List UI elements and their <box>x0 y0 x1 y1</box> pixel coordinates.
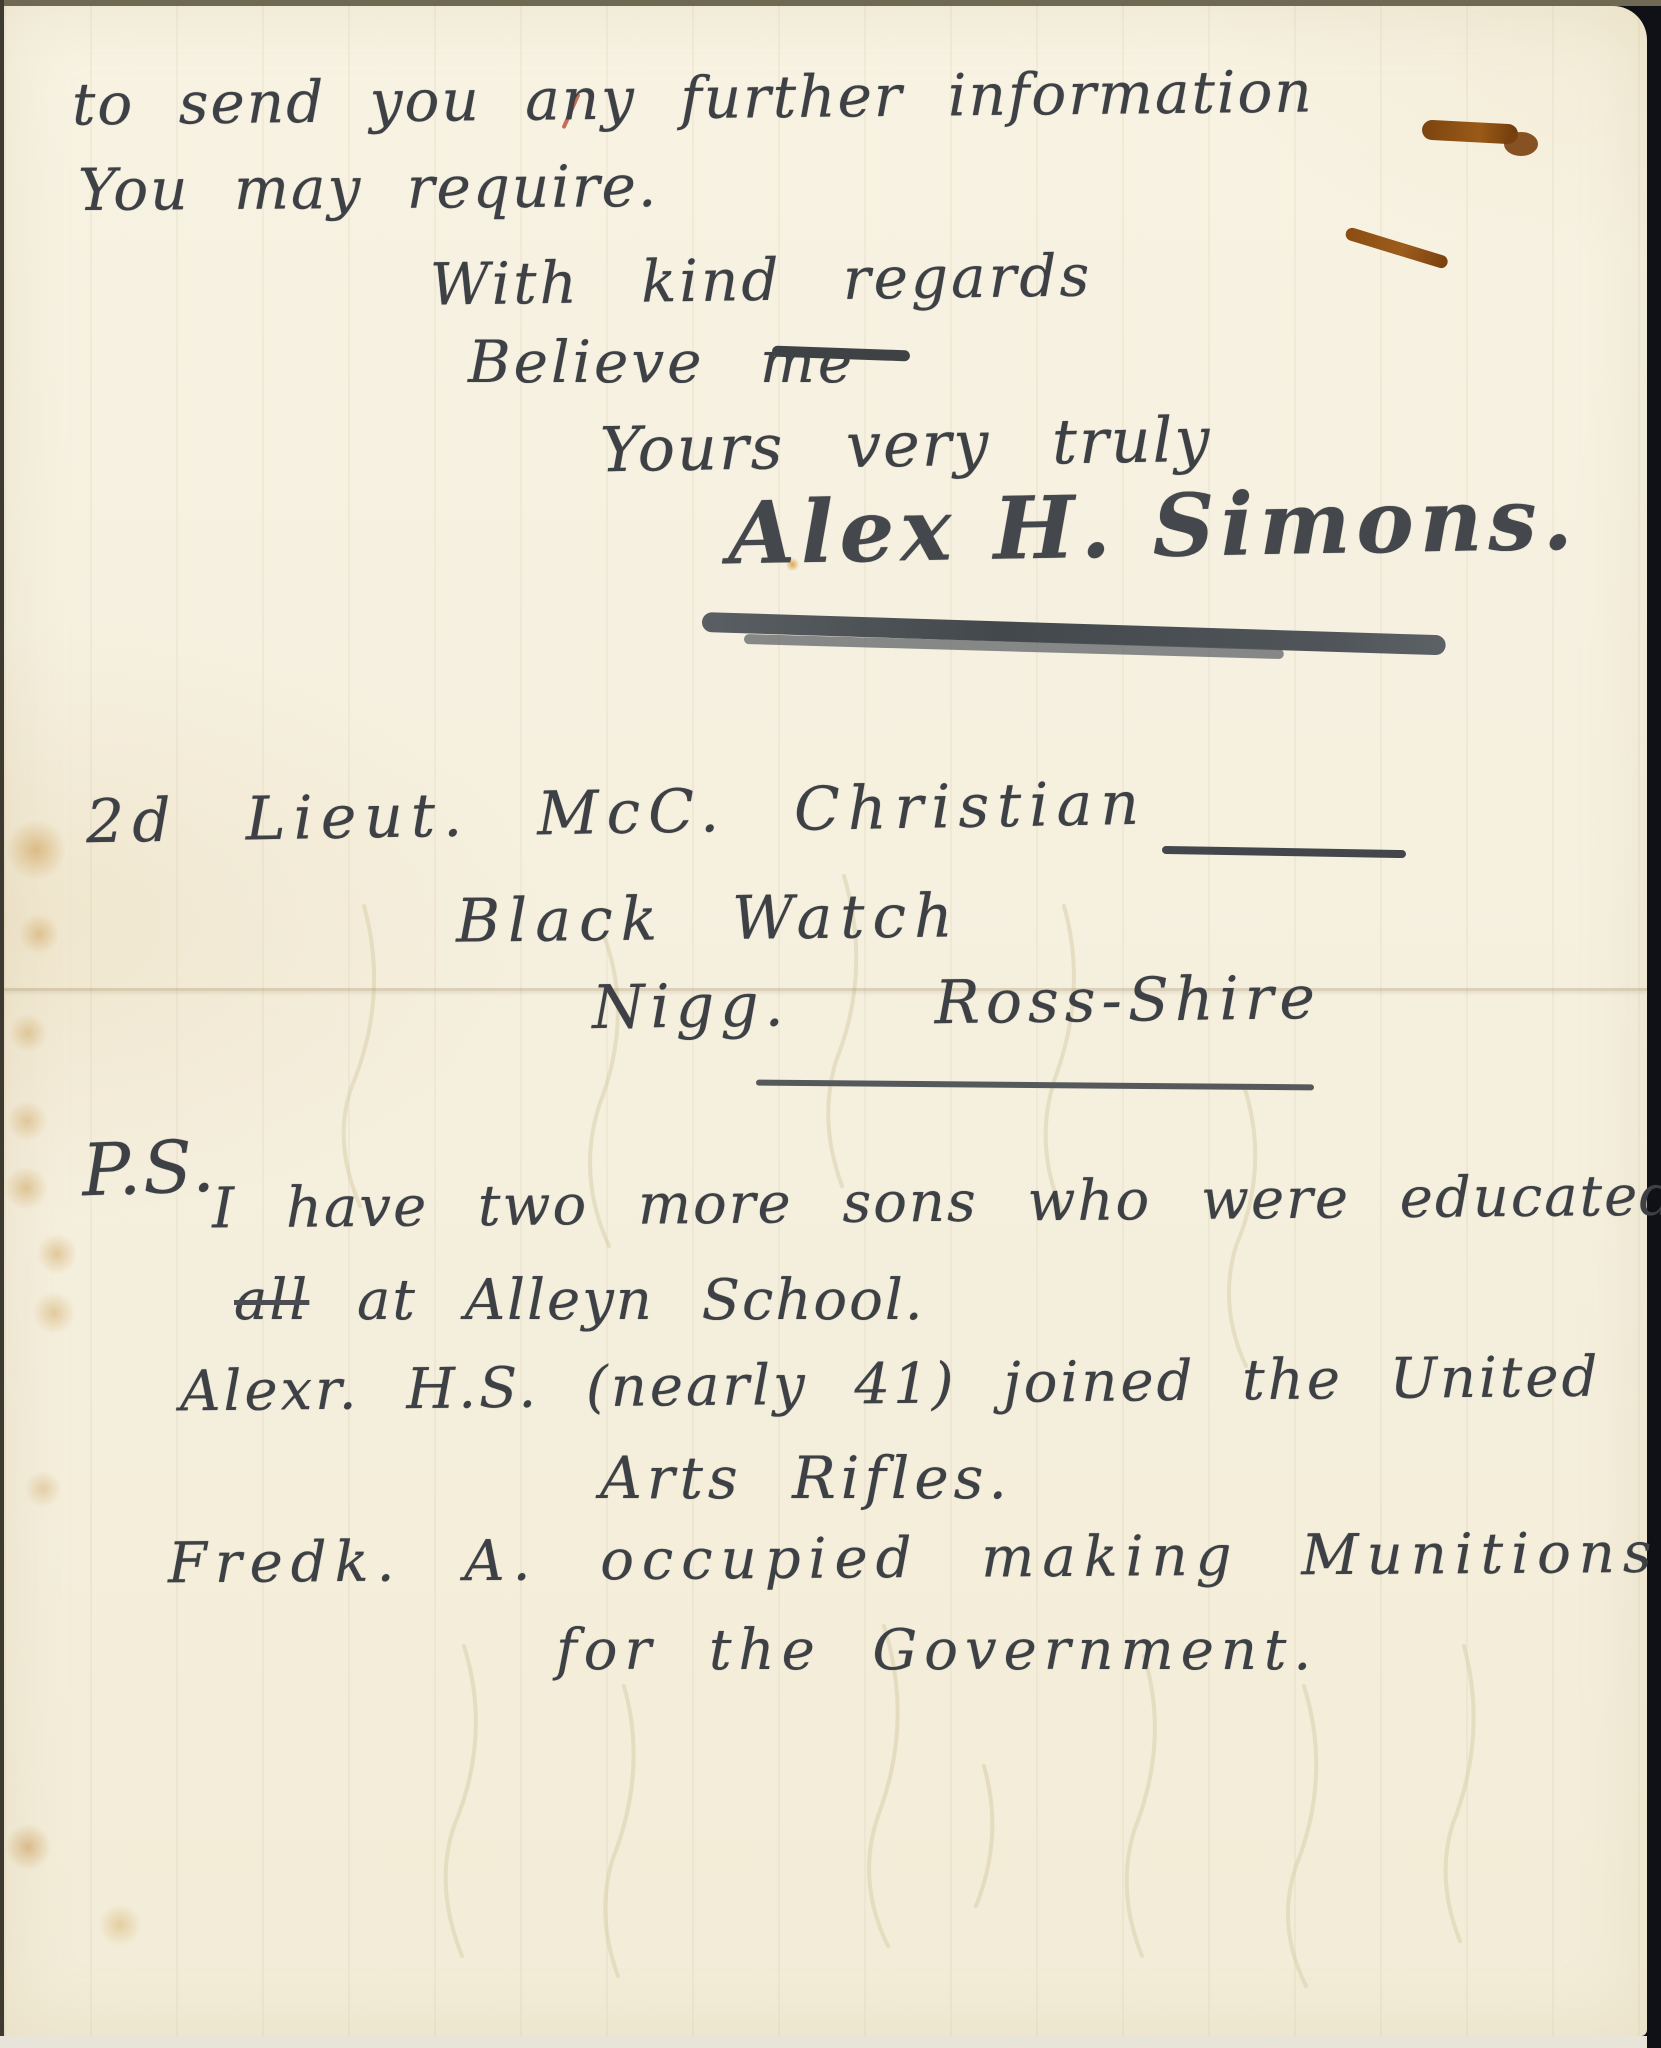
signature: Alex H. Simons. <box>727 469 1579 585</box>
foxing-stain <box>18 914 60 954</box>
handwriting-line-closing-2: Believe me <box>468 328 855 396</box>
foxing-stain <box>4 821 68 879</box>
foxing-stain <box>36 1234 78 1274</box>
foxing-stain <box>6 1101 48 1141</box>
foxing-stain <box>24 1471 62 1507</box>
foxing-stain <box>32 1292 76 1334</box>
handwriting-line-ps-5: Fredk. A. occupied making Munitions <box>168 1521 1660 1596</box>
struck-out-word: all <box>234 1268 309 1333</box>
handwriting-line-ps-1: I have two more sons who were educated <box>212 1164 1661 1242</box>
handwriting-line-ps-2: at Alleyn School. <box>357 1268 925 1333</box>
letter-paper: to send you any further information You … <box>4 6 1647 2036</box>
rust-stain <box>1504 132 1538 156</box>
handwriting-line-body-2: You may require. <box>78 152 659 224</box>
foxing-stain <box>8 1014 48 1052</box>
scan-bottom-edge <box>0 2036 1647 2048</box>
handwriting-line-closing-3: Yours very truly <box>599 403 1212 487</box>
handwriting-line-ps-4: Arts Rifles. <box>600 1444 1012 1512</box>
foxing-stain <box>98 1904 142 1946</box>
postscript-label: P.S. <box>81 1124 218 1213</box>
foxing-stain <box>4 1824 52 1870</box>
scanned-letter-page: to send you any further information You … <box>0 0 1661 2048</box>
handwriting-line-ps-6: for the Government. <box>556 1618 1318 1683</box>
handwriting-line-recipient-3: Nigg. Ross-Shire <box>592 963 1322 1043</box>
foxing-stain <box>4 1166 48 1210</box>
handwriting-line-recipient-2: Black Watch <box>456 881 961 956</box>
handwriting-line-body-1: to send you any further information <box>72 58 1314 139</box>
handwriting-line-closing-1: With kind regards <box>430 241 1093 318</box>
